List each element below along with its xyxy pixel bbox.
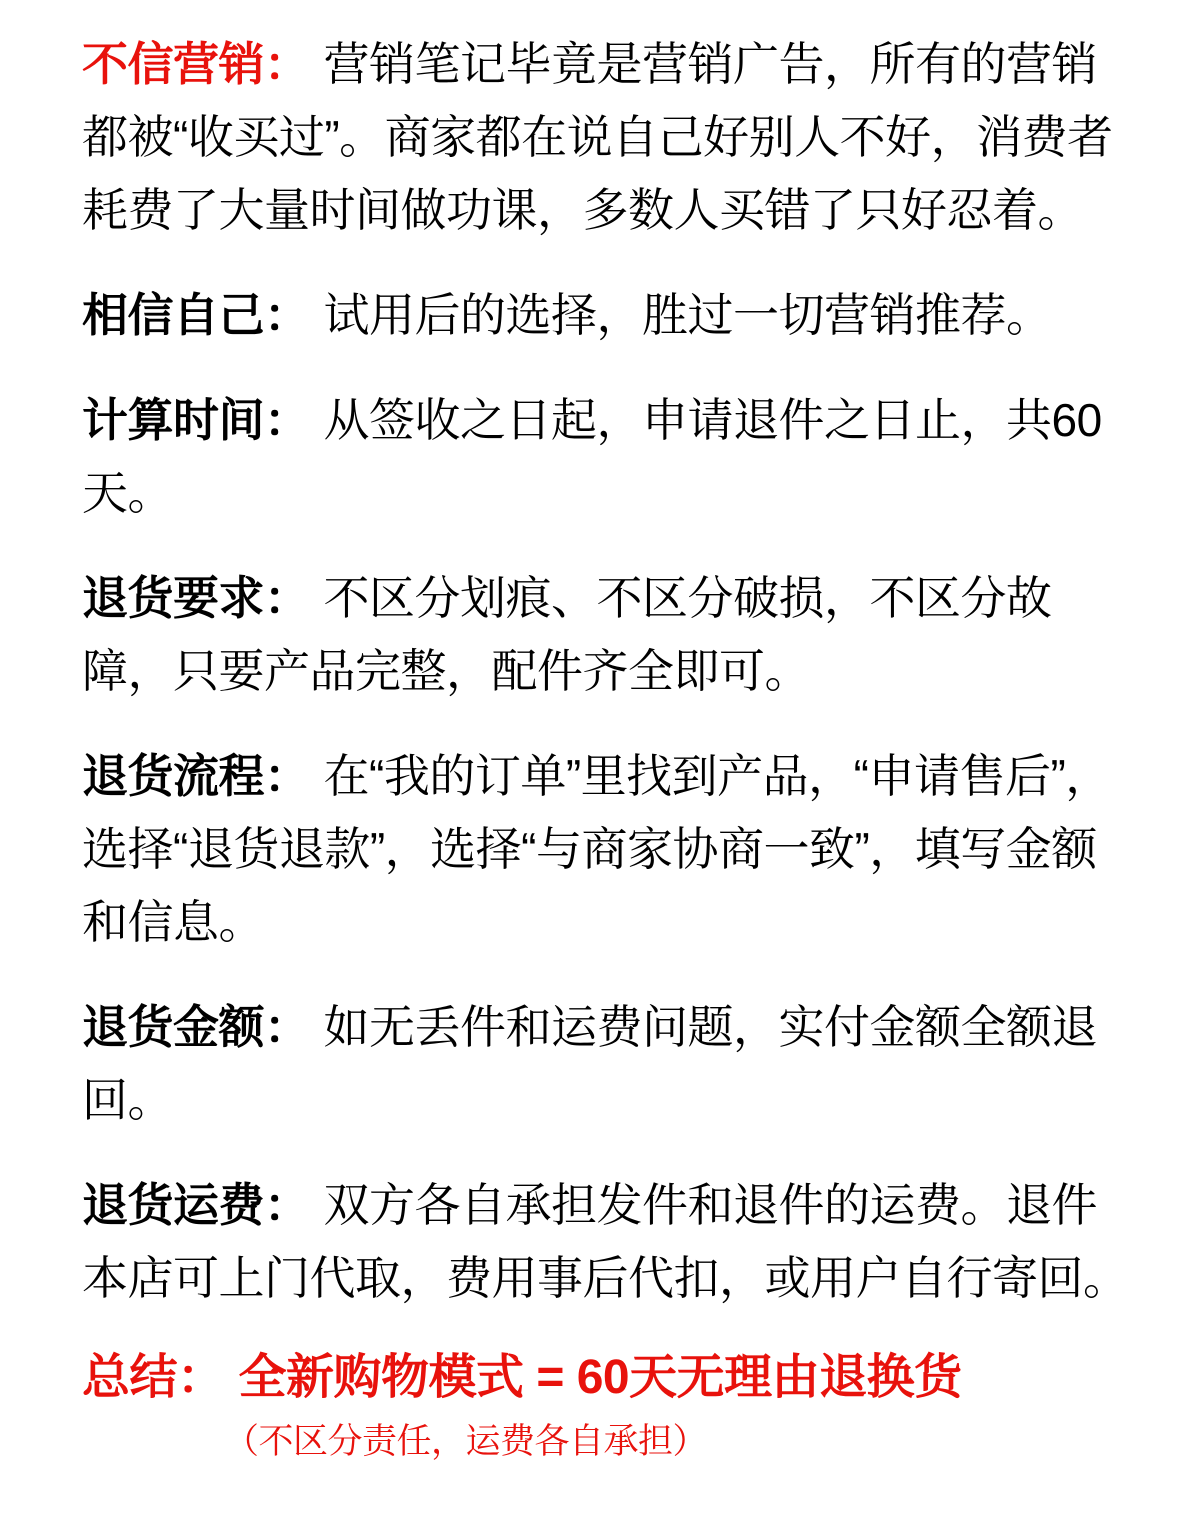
return-policy-page: 不信营销：营销笔记毕竟是营销广告，所有的营销都被“收买过”。商家都在说自己好别人… (0, 0, 1200, 1465)
section-label: 退货要求： (82, 572, 310, 624)
summary-line: 总结：全新购物模式 = 60天无理由退换货 (82, 1347, 1142, 1409)
section-distrust-marketing: 不信营销：营销笔记毕竟是营销广告，所有的营销都被“收买过”。商家都在说自己好别人… (82, 28, 1142, 247)
section-label: 退货金额： (82, 1001, 310, 1053)
section-return-amount: 退货金额：如无丢件和运费问题，实付金额全额退回。 (82, 991, 1142, 1137)
section-return-requirements: 退货要求：不区分划痕、不区分破损，不区分故障，只要产品完整，配件齐全即可。 (82, 562, 1142, 708)
section-return-shipping: 退货运费：双方各自承担发件和退件的运费。退件本店可上门代取，费用事后代扣，或用户… (82, 1169, 1142, 1315)
section-trust-yourself: 相信自己：试用后的选择，胜过一切营销推荐。 (82, 279, 1142, 352)
section-label: 相信自己： (82, 289, 310, 341)
section-time-calculation: 计算时间：从签收之日起，申请退件之日止，共60天。 (82, 384, 1142, 530)
section-label: 退货运费： (82, 1179, 310, 1231)
summary-note: （不区分责任，运费各自承担） (224, 1419, 1142, 1465)
section-text: 试用后的选择，胜过一切营销推荐。 (324, 289, 1052, 341)
summary-text: 全新购物模式 = 60天无理由退换货 (239, 1351, 962, 1404)
section-label: 不信营销： (82, 38, 310, 90)
summary-label: 总结： (82, 1351, 225, 1404)
section-return-process: 退货流程：在“我的订单”里找到产品，“申请售后”，选择“退货退款”，选择“与商家… (82, 740, 1142, 959)
section-label: 计算时间： (82, 394, 310, 446)
section-label: 退货流程： (82, 750, 310, 802)
